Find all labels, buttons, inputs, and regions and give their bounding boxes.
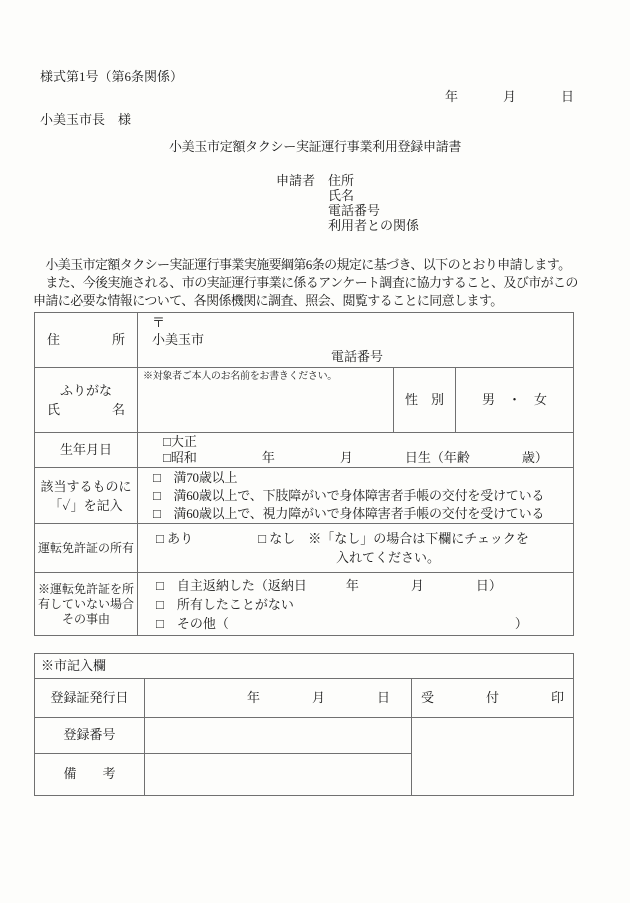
gender-label: 性 別 bbox=[394, 368, 456, 433]
license-options: □ あり □ なし ※「なし」の場合は下欄にチェックを 入れてください。 bbox=[138, 524, 574, 573]
applicant-field-relation: 利用者との関係 bbox=[328, 218, 419, 233]
eligibility-option-2: □ 満60歳以上で、下肢障がいで身体障害者手帳の交付を受けている bbox=[153, 487, 573, 505]
postal-mark: 〒 bbox=[152, 314, 573, 331]
date-day-label: 日 bbox=[561, 89, 574, 105]
no-license-option-1: □ 自主返納した（返納日 年 月 日） bbox=[156, 576, 573, 595]
intro-line-2: また、今後実施される、市の実証運行事業に係るアンケート調査に協力すること、及び市… bbox=[33, 274, 593, 292]
office-use-table: ※市記入欄 登録証発行日 年 月 日 受 付 印 登録番号 備 考 bbox=[34, 653, 574, 796]
birthdate-label: 生年月日 bbox=[35, 433, 138, 468]
license-note-line: 入れてください。 bbox=[138, 548, 573, 567]
no-license-options: □ 自主返納した（返納日 年 月 日） □ 所有したことがない □ その他（ ） bbox=[138, 573, 574, 636]
eligibility-label-line1: 該当するものに bbox=[35, 477, 137, 496]
remarks-label: 備 考 bbox=[35, 754, 145, 796]
application-table: 住 所 〒 小美玉市 電話番号 ふりがな 氏 名 ※対象者ご本人のお名前をお書き… bbox=[34, 312, 574, 636]
furigana-label: ふりがな bbox=[35, 381, 137, 400]
reg-number-row: 登録番号 bbox=[35, 718, 574, 754]
address-phone-label: 電話番号 bbox=[152, 348, 573, 365]
intro-line-3: 申請に必要な情報について、各関係機関に調査、照会、閲覧することに同意します。 bbox=[33, 292, 593, 310]
applicant-fields: 住所 氏名 電話番号 利用者との関係 bbox=[328, 173, 419, 233]
eligibility-options: □ 満70歳以上 □ 満60歳以上で、下肢障がいで身体障害者手帳の交付を受けてい… bbox=[138, 468, 574, 524]
issue-date-label: 登録証発行日 bbox=[35, 679, 145, 718]
applicant-field-name: 氏名 bbox=[328, 188, 419, 203]
issue-date-field: 年 月 日 bbox=[145, 679, 412, 718]
applicant-field-phone: 電話番号 bbox=[328, 203, 419, 218]
address-city-value: 小美玉市 bbox=[152, 331, 573, 348]
address-row: 住 所 〒 小美玉市 電話番号 bbox=[35, 313, 574, 368]
eligibility-row: 該当するものに 「✓」を記入 □ 満70歳以上 □ 満60歳以上で、下肢障がいで… bbox=[35, 468, 574, 524]
intro-line-1: 小美玉市定額タクシー実証運行事業実施要綱第6条の規定に基づき、以下のとおり申請し… bbox=[33, 256, 593, 274]
form-number: 様式第1号（第6条関係） bbox=[40, 69, 183, 85]
office-header-row: ※市記入欄 bbox=[35, 654, 574, 679]
address-field: 〒 小美玉市 電話番号 bbox=[138, 313, 574, 368]
name-label: 氏 名 bbox=[35, 400, 137, 419]
no-license-label-line1: ※運転免許証を所 bbox=[35, 582, 137, 597]
birthdate-field: □大正 □昭和 年 月 日生（年齢 歳） bbox=[138, 433, 574, 468]
applicant-block: 申請者 住所 氏名 電話番号 利用者との関係 bbox=[276, 173, 419, 233]
furigana-name-label: ふりがな 氏 名 bbox=[35, 368, 138, 433]
eligibility-option-1: □ 満70歳以上 bbox=[153, 469, 573, 487]
date-year-label: 年 bbox=[445, 89, 458, 105]
license-row: 運転免許証の所有 □ あり □ なし ※「なし」の場合は下欄にチェックを 入れて… bbox=[35, 524, 574, 573]
addressee: 小美玉市長 様 bbox=[40, 112, 131, 128]
no-license-option-2: □ 所有したことがない bbox=[156, 595, 573, 614]
document-title: 小美玉市定額タクシー実証運行事業利用登録申請書 bbox=[15, 139, 615, 155]
applicant-label: 申請者 bbox=[276, 173, 315, 189]
receipt-stamp-field bbox=[412, 718, 574, 796]
office-use-header: ※市記入欄 bbox=[35, 654, 574, 679]
date-line: 年 月 日 bbox=[445, 89, 574, 105]
name-field: ※対象者ご本人のお名前をお書きください。 bbox=[138, 368, 394, 433]
reg-number-field bbox=[145, 718, 412, 754]
eligibility-label: 該当するものに 「✓」を記入 bbox=[35, 468, 138, 524]
issue-date-row: 登録証発行日 年 月 日 受 付 印 bbox=[35, 679, 574, 718]
eligibility-label-line2: 「✓」を記入 bbox=[35, 496, 137, 515]
license-options-line: □ あり □ なし ※「なし」の場合は下欄にチェックを bbox=[138, 529, 573, 548]
date-month-label: 月 bbox=[503, 89, 516, 105]
no-license-row: ※運転免許証を所 有していない場合 その事由 □ 自主返納した（返納日 年 月 … bbox=[35, 573, 574, 636]
gender-options: 男 ・ 女 bbox=[456, 368, 574, 433]
remarks-field bbox=[145, 754, 412, 796]
reg-number-label: 登録番号 bbox=[35, 718, 145, 754]
applicant-field-address: 住所 bbox=[328, 173, 419, 188]
era-taisho-checkbox-line: □大正 bbox=[163, 434, 573, 450]
name-note: ※対象者ご本人のお名前をお書きください。 bbox=[143, 371, 393, 384]
no-license-label: ※運転免許証を所 有していない場合 その事由 bbox=[35, 573, 138, 636]
no-license-option-3: □ その他（ ） bbox=[156, 614, 573, 633]
no-license-label-line2: 有していない場合 bbox=[35, 597, 137, 612]
intro-paragraph: 小美玉市定額タクシー実証運行事業実施要綱第6条の規定に基づき、以下のとおり申請し… bbox=[33, 256, 593, 310]
eligibility-option-3: □ 満60歳以上で、視力障がいで身体障害者手帳の交付を受けている bbox=[153, 505, 573, 523]
address-label: 住 所 bbox=[35, 313, 138, 368]
era-showa-date-line: □昭和 年 月 日生（年齢 歳） bbox=[163, 450, 573, 466]
name-row: ふりがな 氏 名 ※対象者ご本人のお名前をお書きください。 性 別 男 ・ 女 bbox=[35, 368, 574, 433]
receipt-stamp-label: 受 付 印 bbox=[412, 679, 574, 718]
license-label: 運転免許証の所有 bbox=[35, 524, 138, 573]
application-form-page: 様式第1号（第6条関係） 年 月 日 小美玉市長 様 小美玉市定額タクシー実証運… bbox=[0, 0, 630, 903]
no-license-label-line3: その事由 bbox=[35, 612, 137, 627]
birthdate-row: 生年月日 □大正 □昭和 年 月 日生（年齢 歳） bbox=[35, 433, 574, 468]
